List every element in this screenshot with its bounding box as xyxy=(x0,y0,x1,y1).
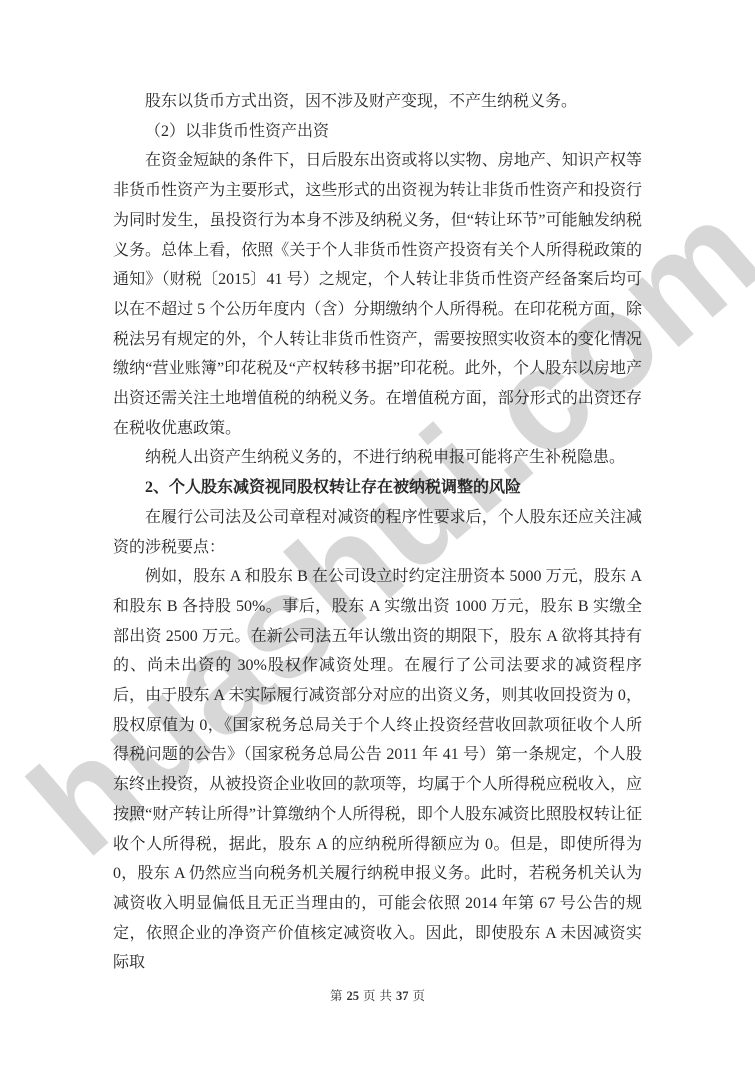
footer-label-gong: 共 xyxy=(380,989,393,1003)
page-number-current: 25 xyxy=(346,989,359,1003)
footer-label-ye-1: 页 xyxy=(363,989,376,1003)
document-page: huashui.com 股东以货币方式出资，因不涉及财产变现，不产生纳税义务。 … xyxy=(0,0,755,1067)
body-paragraph-money-contribution: 股东以货币方式出资，因不涉及财产变现，不产生纳税义务。 xyxy=(113,87,642,117)
body-paragraph-example-shareholders: 例如，股东 A 和股东 B 在公司设立时约定注册资本 5000 万元，股东 A … xyxy=(113,562,642,978)
footer-label-di: 第 xyxy=(330,989,343,1003)
footer-label-ye-2: 页 xyxy=(413,989,426,1003)
page-footer: 第25页共37页 xyxy=(0,986,755,1004)
body-paragraph-nonmonetary-tax-rules: 在资金短缺的条件下，日后股东出资或将以实物、房地产、知识产权等非货币性资产为主要… xyxy=(113,146,642,443)
body-paragraph-reduction-procedure: 在履行公司法及公司章程对减资的程序性要求后，个人股东还应关注减资的涉税要点： xyxy=(113,503,642,562)
subheading-nonmonetary-contribution: （2）以非货币性资产出资 xyxy=(113,117,642,147)
page-count-total: 37 xyxy=(396,989,409,1003)
body-paragraph-filing-risk: 纳税人出资产生纳税义务的，不进行纳税申报可能将产生补税隐患。 xyxy=(113,443,642,473)
section-heading-capital-reduction-risk: 2、个人股东减资视同股权转让存在被纳税调整的风险 xyxy=(113,473,642,503)
page-content: 股东以货币方式出资，因不涉及财产变现，不产生纳税义务。 （2）以非货币性资产出资… xyxy=(113,87,642,978)
